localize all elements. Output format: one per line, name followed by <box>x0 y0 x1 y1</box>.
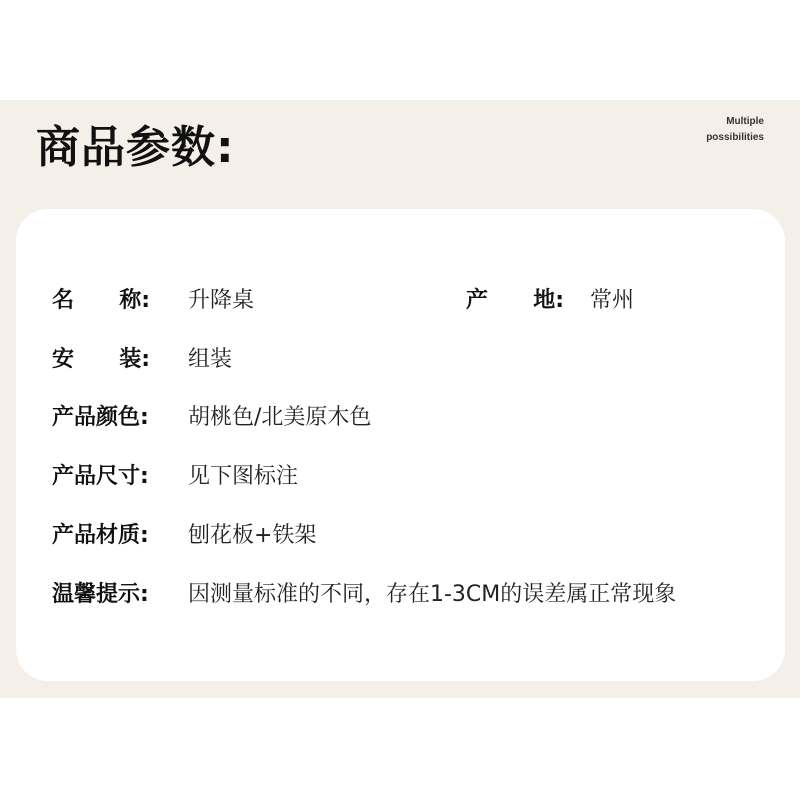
tagline-line-2: possibilities <box>706 130 764 146</box>
param-label-material: 产品材质: <box>52 521 149 551</box>
param-label-note: 温馨提示: <box>52 580 149 610</box>
page-title: 商品参数: <box>36 118 235 178</box>
param-label-color: 产品颜色: <box>52 403 149 433</box>
param-value-name: 升降桌 <box>188 286 254 316</box>
param-label-origin: 产 地: <box>466 286 564 316</box>
param-value-origin: 常州 <box>590 286 634 316</box>
param-value-note: 因测量标准的不同，存在1-3CM的误差属正常现象 <box>188 580 676 610</box>
param-label-size: 产品尺寸: <box>52 462 149 492</box>
tagline: Multiple possibilities <box>706 114 764 146</box>
param-value-color: 胡桃色/北美原木色 <box>188 403 371 433</box>
param-label-name: 名 称: <box>52 286 150 316</box>
param-value-material: 刨花板+铁架 <box>188 521 316 551</box>
param-label-install: 安 装: <box>52 345 150 375</box>
param-value-install: 组装 <box>188 345 232 375</box>
params-card <box>16 209 785 681</box>
tagline-line-1: Multiple <box>706 114 764 130</box>
param-value-size: 见下图标注 <box>188 462 298 492</box>
